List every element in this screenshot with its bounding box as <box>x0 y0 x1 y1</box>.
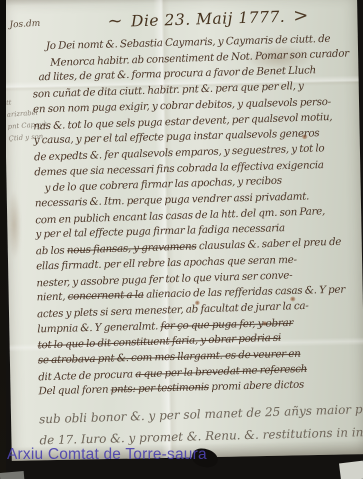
manuscript-paper: Jos.dm ~Die 23. Maij 1777.> tt arizrabel… <box>3 0 363 461</box>
pen-flourish-right: > <box>285 5 317 27</box>
scan-corner-bottom-right <box>339 461 363 479</box>
line-text: promi abere dictos <box>209 379 304 393</box>
archive-watermark: Arxiu Comtat de Torre-saura <box>7 446 207 464</box>
date-heading: ~Die 23. Maij 1777.> <box>99 5 317 32</box>
struck-text: fer ço que puga fer, y obrar <box>160 317 293 332</box>
document-scan: { "scan": { "archive_watermark": "Arxiu … <box>0 0 363 479</box>
struck-text: concernent a la <box>68 289 144 303</box>
line-text: ab los <box>36 245 67 258</box>
struck-text: pnts: per testimonis <box>111 382 209 396</box>
date-text: Die 23. Maij 1777. <box>131 8 286 31</box>
line-text: dit Acte de procura <box>38 368 135 383</box>
line-text: lumpnia &. Y generalmt. <box>37 320 160 335</box>
manuscript-body: Jo Dei nomt &. Sebastia Caymaris, y Caym… <box>32 32 360 450</box>
paper-stain <box>7 190 22 260</box>
line-text: nient, <box>37 291 68 304</box>
struck-text: nous fiansas, y gravamens <box>67 240 197 256</box>
line-text: de 17. Iuro &. y promet &. Renu. &. rest… <box>39 424 363 448</box>
line-text: Del qual foren <box>38 384 111 398</box>
pen-flourish-left: ~ <box>99 10 131 32</box>
line-text: clausulas &. saber el preu de <box>196 236 341 253</box>
scan-black-border <box>0 0 6 479</box>
scan-corner-bottom-left <box>0 471 24 479</box>
notary-margin-note: Jos.dm <box>9 19 40 31</box>
